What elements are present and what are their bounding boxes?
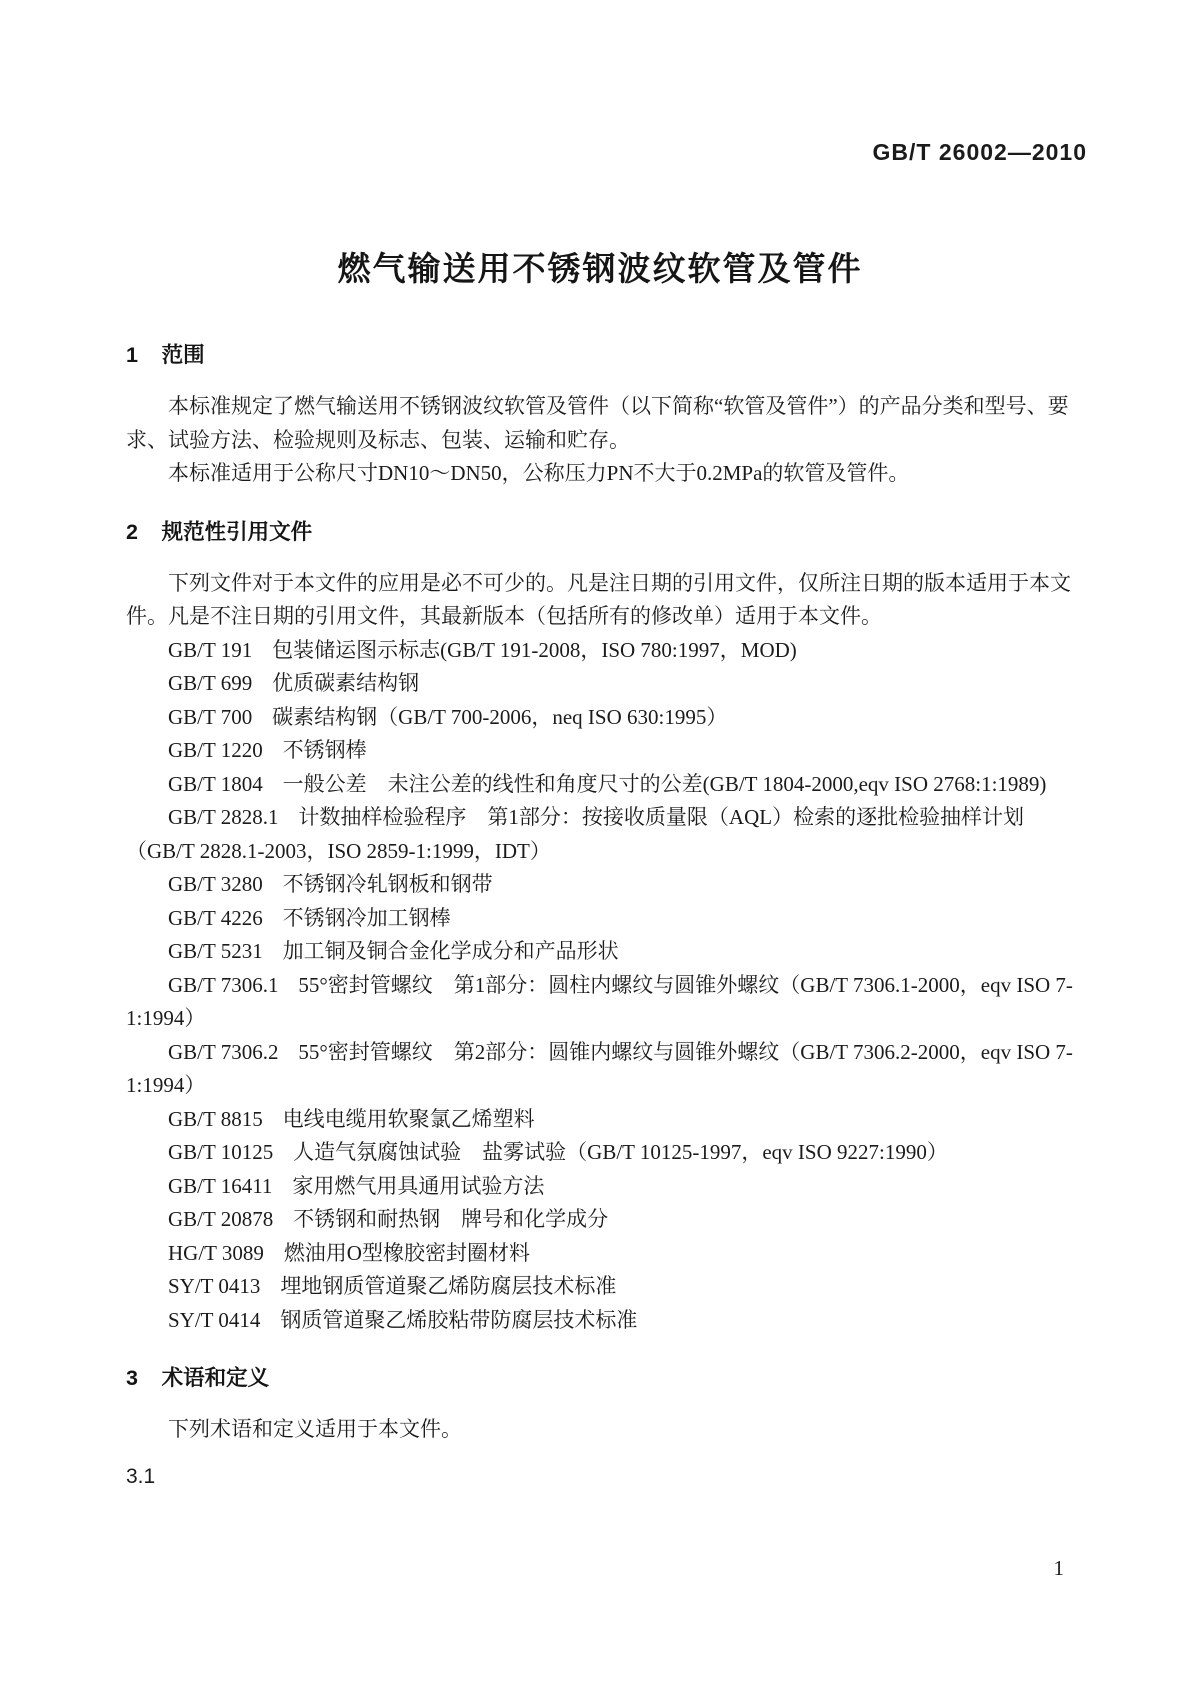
standard-number: GB/T 26002—2010 — [873, 139, 1087, 166]
reference-title: 家用燃气用具通用试验方法 — [292, 1174, 544, 1198]
reference-title: 优质碳素结构钢 — [272, 671, 419, 695]
section-number: 2 — [126, 518, 138, 547]
reference-item: GB/T 5231加工铜及铜合金化学成分和产品形状 — [126, 935, 1082, 969]
reference-title: 不锈钢和耐热钢 牌号和化学成分 — [293, 1207, 608, 1231]
section-number: 3 — [126, 1364, 138, 1393]
reference-code: GB/T 191 — [168, 638, 252, 662]
reference-item: SY/T 0414钢质管道聚乙烯胶粘带防腐层技术标准 — [126, 1304, 1082, 1338]
reference-item: GB/T 7306.255°密封管螺纹 第2部分：圆锥内螺纹与圆锥外螺纹（GB/… — [126, 1036, 1082, 1103]
reference-code: GB/T 8815 — [168, 1107, 263, 1131]
reference-item: HG/T 3089燃油用O型橡胶密封圈材料 — [126, 1237, 1082, 1271]
reference-item: GB/T 1220不锈钢棒 — [126, 734, 1082, 768]
reference-code: SY/T 0413 — [168, 1274, 260, 1298]
reference-code: GB/T 4226 — [168, 906, 263, 930]
paragraph: 下列术语和定义适用于本文件。 — [126, 1413, 1082, 1447]
reference-item: GB/T 699优质碳素结构钢 — [126, 667, 1082, 701]
section-heading-scope: 1范围 — [126, 341, 1082, 370]
reference-title: 不锈钢棒 — [283, 738, 367, 762]
reference-item: GB/T 191包装储运图示标志(GB/T 191-2008，ISO 780:1… — [126, 634, 1082, 668]
reference-title: 燃油用O型橡胶密封圈材料 — [284, 1241, 530, 1265]
reference-code: GB/T 700 — [168, 705, 252, 729]
section-title: 范围 — [162, 343, 205, 367]
reference-code: GB/T 699 — [168, 671, 252, 695]
reference-code: GB/T 16411 — [168, 1174, 272, 1198]
document-page: GB/T 26002—2010 燃气输送用不锈钢波纹软管及管件 1范围 本标准规… — [0, 0, 1200, 1698]
reference-title: 不锈钢冷轧钢板和钢带 — [283, 872, 493, 896]
reference-code: GB/T 1220 — [168, 738, 263, 762]
section-title: 规范性引用文件 — [162, 520, 313, 544]
reference-code: GB/T 1804 — [168, 772, 263, 796]
reference-item: GB/T 10125人造气氛腐蚀试验 盐雾试验（GB/T 10125-1997，… — [126, 1136, 1082, 1170]
reference-title: 电线电缆用软聚氯乙烯塑料 — [283, 1107, 535, 1131]
reference-item: GB/T 16411家用燃气用具通用试验方法 — [126, 1170, 1082, 1204]
reference-title: 碳素结构钢（GB/T 700-2006，neq ISO 630:1995） — [272, 705, 727, 729]
reference-item: GB/T 8815电线电缆用软聚氯乙烯塑料 — [126, 1103, 1082, 1137]
reference-item: SY/T 0413埋地钢质管道聚乙烯防腐层技术标准 — [126, 1270, 1082, 1304]
page-number: 1 — [1054, 1556, 1065, 1581]
reference-title: 人造气氛腐蚀试验 盐雾试验（GB/T 10125-1997，eqv ISO 92… — [293, 1140, 948, 1164]
section-number: 1 — [126, 341, 138, 370]
reference-code: GB/T 3280 — [168, 872, 263, 896]
reference-title: 一般公差 未注公差的线性和角度尺寸的公差(GB/T 1804-2000,eqv … — [283, 772, 1047, 796]
reference-code: GB/T 7306.1 — [168, 973, 278, 997]
reference-code: GB/T 7306.2 — [168, 1040, 278, 1064]
document-body: 1范围 本标准规定了燃气输送用不锈钢波纹软管及管件（以下简称“软管及管件”）的产… — [126, 341, 1082, 1492]
reference-item: GB/T 2828.1计数抽样检验程序 第1部分：按接收质量限（AQL）检索的逐… — [126, 801, 1082, 868]
reference-item: GB/T 1804一般公差 未注公差的线性和角度尺寸的公差(GB/T 1804-… — [126, 768, 1082, 802]
reference-title: 埋地钢质管道聚乙烯防腐层技术标准 — [280, 1274, 616, 1298]
reference-code: HG/T 3089 — [168, 1241, 264, 1265]
paragraph: 本标准规定了燃气输送用不锈钢波纹软管及管件（以下简称“软管及管件”）的产品分类和… — [126, 390, 1082, 457]
reference-code: GB/T 5231 — [168, 939, 263, 963]
reference-title: 包装储运图示标志(GB/T 191-2008，ISO 780:1997，MOD) — [272, 638, 797, 662]
paragraph: 本标准适用于公称尺寸DN10～DN50，公称压力PN不大于0.2MPa的软管及管… — [126, 457, 1082, 491]
reference-item: GB/T 700碳素结构钢（GB/T 700-2006，neq ISO 630:… — [126, 701, 1082, 735]
clause-number: 3.1 — [126, 1462, 1082, 1492]
reference-code: GB/T 10125 — [168, 1140, 273, 1164]
section-title: 术语和定义 — [162, 1366, 270, 1390]
reference-item: GB/T 4226不锈钢冷加工钢棒 — [126, 902, 1082, 936]
section-heading-normative-references: 2规范性引用文件 — [126, 518, 1082, 547]
reference-item: GB/T 3280不锈钢冷轧钢板和钢带 — [126, 868, 1082, 902]
reference-code: GB/T 2828.1 — [168, 805, 278, 829]
document-title: 燃气输送用不锈钢波纹软管及管件 — [0, 243, 1200, 290]
reference-title: 加工铜及铜合金化学成分和产品形状 — [283, 939, 619, 963]
paragraph: 下列文件对于本文件的应用是必不可少的。凡是注日期的引用文件，仅所注日期的版本适用… — [126, 567, 1082, 634]
reference-code: SY/T 0414 — [168, 1308, 260, 1332]
reference-title: 钢质管道聚乙烯胶粘带防腐层技术标准 — [280, 1308, 637, 1332]
section-heading-terms: 3术语和定义 — [126, 1364, 1082, 1393]
reference-item: GB/T 20878不锈钢和耐热钢 牌号和化学成分 — [126, 1203, 1082, 1237]
reference-code: GB/T 20878 — [168, 1207, 273, 1231]
reference-item: GB/T 7306.155°密封管螺纹 第1部分：圆柱内螺纹与圆锥外螺纹（GB/… — [126, 969, 1082, 1036]
reference-title: 不锈钢冷加工钢棒 — [283, 906, 451, 930]
